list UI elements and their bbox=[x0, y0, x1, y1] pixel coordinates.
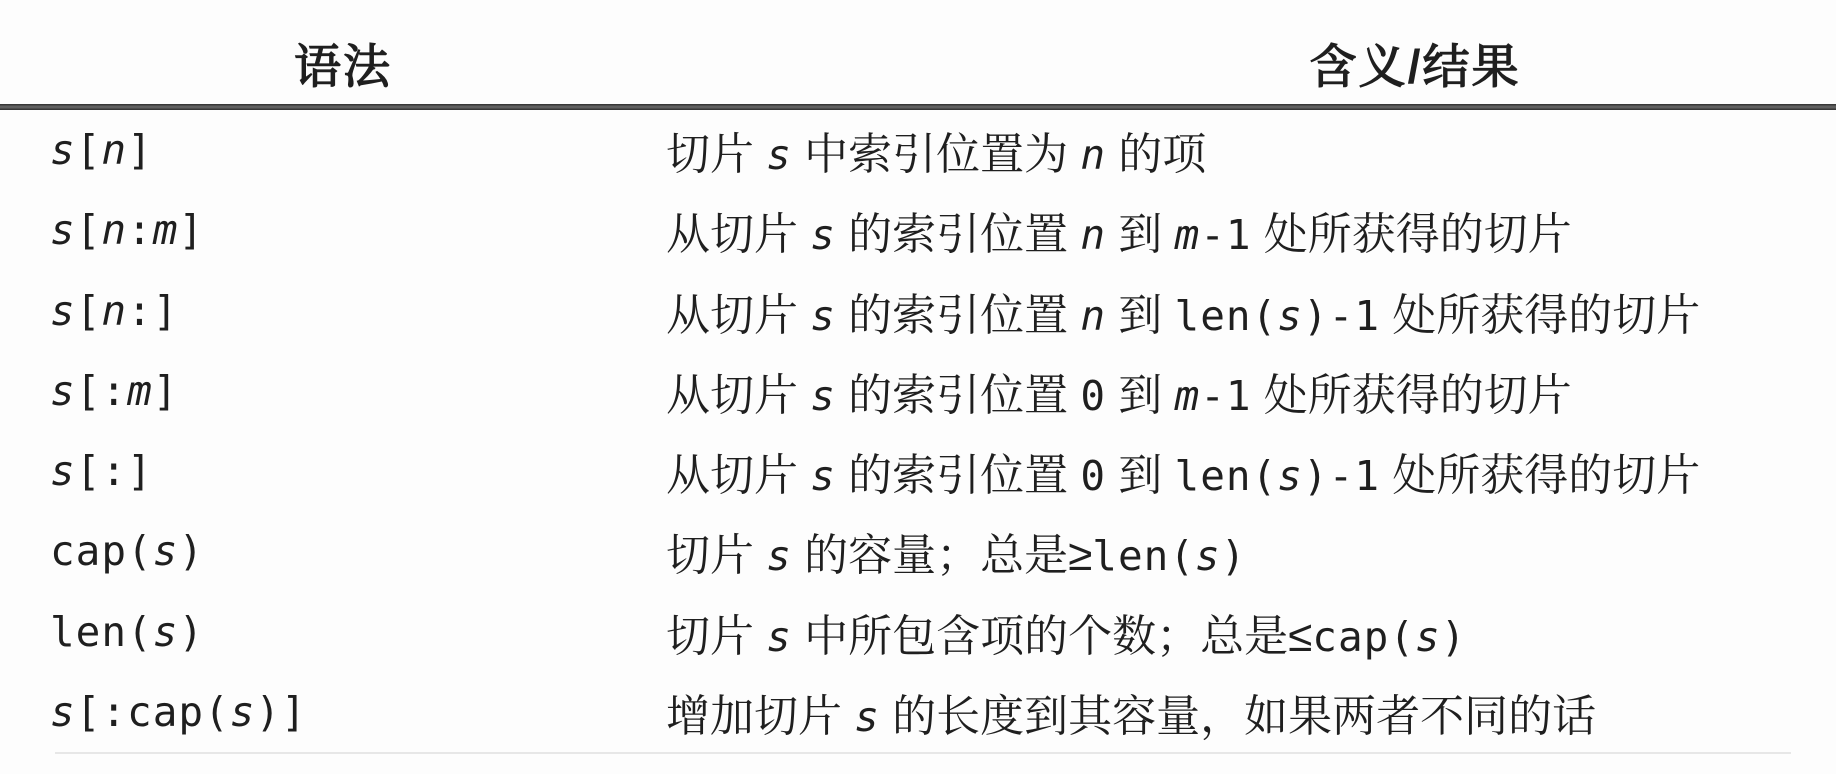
text-segment: 处所获得的切片 bbox=[1380, 291, 1700, 340]
code-segment: ] bbox=[178, 206, 204, 254]
syntax-cell: len(s) bbox=[0, 608, 666, 656]
meaning-cell: 从切片 s 的索引位置 0 到 m-1 处所获得的切片 bbox=[666, 359, 1836, 423]
syntax-cell: s[:] bbox=[0, 447, 666, 495]
table-row: cap(s)切片 s 的容量；总是≥len(s) bbox=[0, 511, 1836, 591]
table-row: s[:]从切片 s 的索引位置 0 到 len(s)-1 处所获得的切片 bbox=[0, 431, 1836, 511]
code-segment: len( bbox=[1175, 452, 1278, 500]
text-segment: 的索引位置 bbox=[836, 371, 1080, 420]
code-segment: s bbox=[50, 688, 76, 736]
syntax-cell: cap(s) bbox=[0, 527, 666, 575]
code-segment: s bbox=[766, 131, 792, 179]
meaning-cell: 切片 s 中所包含项的个数；总是≤cap(s) bbox=[666, 600, 1836, 664]
text-segment: 从切片 bbox=[666, 291, 810, 340]
text-segment: 到 bbox=[1106, 451, 1174, 500]
code-segment: n bbox=[1080, 211, 1106, 259]
code-segment: s bbox=[230, 688, 256, 736]
code-segment: -1 bbox=[1200, 372, 1251, 420]
meaning-cell: 切片 s 中索引位置为 n 的项 bbox=[666, 118, 1836, 182]
code-segment: s bbox=[50, 126, 76, 174]
text-segment: 增加切片 bbox=[666, 692, 854, 741]
text-segment: 从切片 bbox=[666, 371, 810, 420]
code-segment: )-1 bbox=[1303, 292, 1380, 340]
table-row: s[n:]从切片 s 的索引位置 n 到 len(s)-1 处所获得的切片 bbox=[0, 271, 1836, 351]
code-segment: [ bbox=[76, 126, 102, 174]
table-row: s[:cap(s)]增加切片 s 的长度到其容量，如果两者不同的话 bbox=[0, 672, 1836, 752]
text-segment: 的项 bbox=[1106, 130, 1206, 179]
code-segment: len( bbox=[50, 608, 153, 656]
table-header-row: 语法 含义/结果 bbox=[0, 0, 1836, 104]
text-segment: 到 bbox=[1106, 210, 1174, 259]
code-segment: s bbox=[766, 532, 792, 580]
text-segment: 的索引位置 bbox=[836, 451, 1080, 500]
code-segment: [: bbox=[76, 367, 127, 415]
table-row: len(s)切片 s 中所包含项的个数；总是≤cap(s) bbox=[0, 592, 1836, 672]
text-segment: 的索引位置 bbox=[836, 210, 1080, 259]
table-row: s[n:m]从切片 s 的索引位置 n 到 m-1 处所获得的切片 bbox=[0, 190, 1836, 270]
meaning-cell: 增加切片 s 的长度到其容量，如果两者不同的话 bbox=[666, 680, 1836, 744]
code-segment: ) bbox=[178, 608, 204, 656]
column-header-meaning: 含义/结果 bbox=[1309, 30, 1520, 97]
text-segment: 到 bbox=[1106, 291, 1174, 340]
code-segment: m bbox=[1175, 211, 1201, 259]
code-segment: n bbox=[101, 287, 127, 335]
code-segment: s bbox=[50, 287, 76, 335]
code-segment: s bbox=[1195, 532, 1221, 580]
code-segment: cap( bbox=[1312, 613, 1415, 661]
table-row: s[n]切片 s 中索引位置为 n 的项 bbox=[0, 110, 1836, 190]
code-segment: s bbox=[766, 613, 792, 661]
syntax-cell: s[n:] bbox=[0, 287, 666, 335]
syntax-cell: s[n:m] bbox=[0, 206, 666, 254]
code-segment: m bbox=[127, 367, 153, 415]
code-segment: len( bbox=[1092, 532, 1195, 580]
code-segment: 0 bbox=[1080, 372, 1106, 420]
code-segment: ) bbox=[1441, 613, 1467, 661]
code-segment: ) bbox=[1221, 532, 1247, 580]
syntax-cell: s[:m] bbox=[0, 367, 666, 415]
code-segment: n bbox=[101, 126, 127, 174]
code-segment: s bbox=[50, 206, 76, 254]
column-header-syntax: 语法 bbox=[294, 30, 392, 97]
code-segment: m bbox=[153, 206, 179, 254]
code-segment: ] bbox=[127, 126, 153, 174]
code-segment: len( bbox=[1175, 292, 1278, 340]
text-segment: 处所获得的切片 bbox=[1252, 210, 1572, 259]
code-segment: s bbox=[854, 693, 880, 741]
code-segment: ) bbox=[178, 527, 204, 575]
code-segment: s bbox=[1415, 613, 1441, 661]
code-segment: :] bbox=[127, 287, 178, 335]
code-segment: s bbox=[153, 608, 179, 656]
text-segment: 的容量；总是≥ bbox=[792, 531, 1092, 580]
code-segment: n bbox=[101, 206, 127, 254]
code-segment: m bbox=[1175, 372, 1201, 420]
table-body: s[n]切片 s 中索引位置为 n 的项s[n:m]从切片 s 的索引位置 n … bbox=[0, 110, 1836, 752]
code-segment: [:cap( bbox=[76, 688, 230, 736]
table-row: s[:m]从切片 s 的索引位置 0 到 m-1 处所获得的切片 bbox=[0, 351, 1836, 431]
code-segment: )-1 bbox=[1303, 452, 1380, 500]
code-segment: s bbox=[153, 527, 179, 575]
code-segment: [:] bbox=[76, 447, 153, 495]
text-segment: 切片 bbox=[666, 130, 766, 179]
code-segment: s bbox=[50, 367, 76, 415]
text-segment: 从切片 bbox=[666, 451, 810, 500]
code-segment: [ bbox=[76, 206, 102, 254]
text-segment: 中索引位置为 bbox=[792, 130, 1080, 179]
text-segment: 切片 bbox=[666, 612, 766, 661]
text-segment: 中所包含项的个数；总是≤ bbox=[792, 612, 1312, 661]
code-segment: s bbox=[810, 452, 836, 500]
meaning-cell: 切片 s 的容量；总是≥len(s) bbox=[666, 519, 1836, 583]
code-segment: cap( bbox=[50, 527, 153, 575]
code-segment: s bbox=[810, 211, 836, 259]
code-segment: 0 bbox=[1080, 452, 1106, 500]
text-segment: 的长度到其容量，如果两者不同的话 bbox=[880, 692, 1596, 741]
text-segment: 从切片 bbox=[666, 210, 810, 259]
code-segment: )] bbox=[255, 688, 306, 736]
code-segment: s bbox=[50, 447, 76, 495]
meaning-cell: 从切片 s 的索引位置 n 到 m-1 处所获得的切片 bbox=[666, 198, 1836, 262]
bottom-rule bbox=[55, 752, 1791, 754]
text-segment: 到 bbox=[1106, 371, 1174, 420]
slice-syntax-table-page: 语法 含义/结果 s[n]切片 s 中索引位置为 n 的项s[n:m]从切片 s… bbox=[0, 0, 1836, 774]
syntax-cell: s[n] bbox=[0, 126, 666, 174]
code-segment: -1 bbox=[1200, 211, 1251, 259]
code-segment: [ bbox=[76, 287, 102, 335]
syntax-cell: s[:cap(s)] bbox=[0, 688, 666, 736]
code-segment: : bbox=[127, 206, 153, 254]
code-segment: s bbox=[1277, 452, 1303, 500]
text-segment: 切片 bbox=[666, 531, 766, 580]
code-segment: n bbox=[1080, 292, 1106, 340]
code-segment: s bbox=[1277, 292, 1303, 340]
code-segment: n bbox=[1080, 131, 1106, 179]
text-segment: 的索引位置 bbox=[836, 291, 1080, 340]
code-segment: ] bbox=[153, 367, 179, 415]
meaning-cell: 从切片 s 的索引位置 n 到 len(s)-1 处所获得的切片 bbox=[666, 279, 1836, 343]
code-segment: s bbox=[810, 292, 836, 340]
text-segment: 处所获得的切片 bbox=[1252, 371, 1572, 420]
code-segment: s bbox=[810, 372, 836, 420]
meaning-cell: 从切片 s 的索引位置 0 到 len(s)-1 处所获得的切片 bbox=[666, 439, 1836, 503]
text-segment: 处所获得的切片 bbox=[1380, 451, 1700, 500]
